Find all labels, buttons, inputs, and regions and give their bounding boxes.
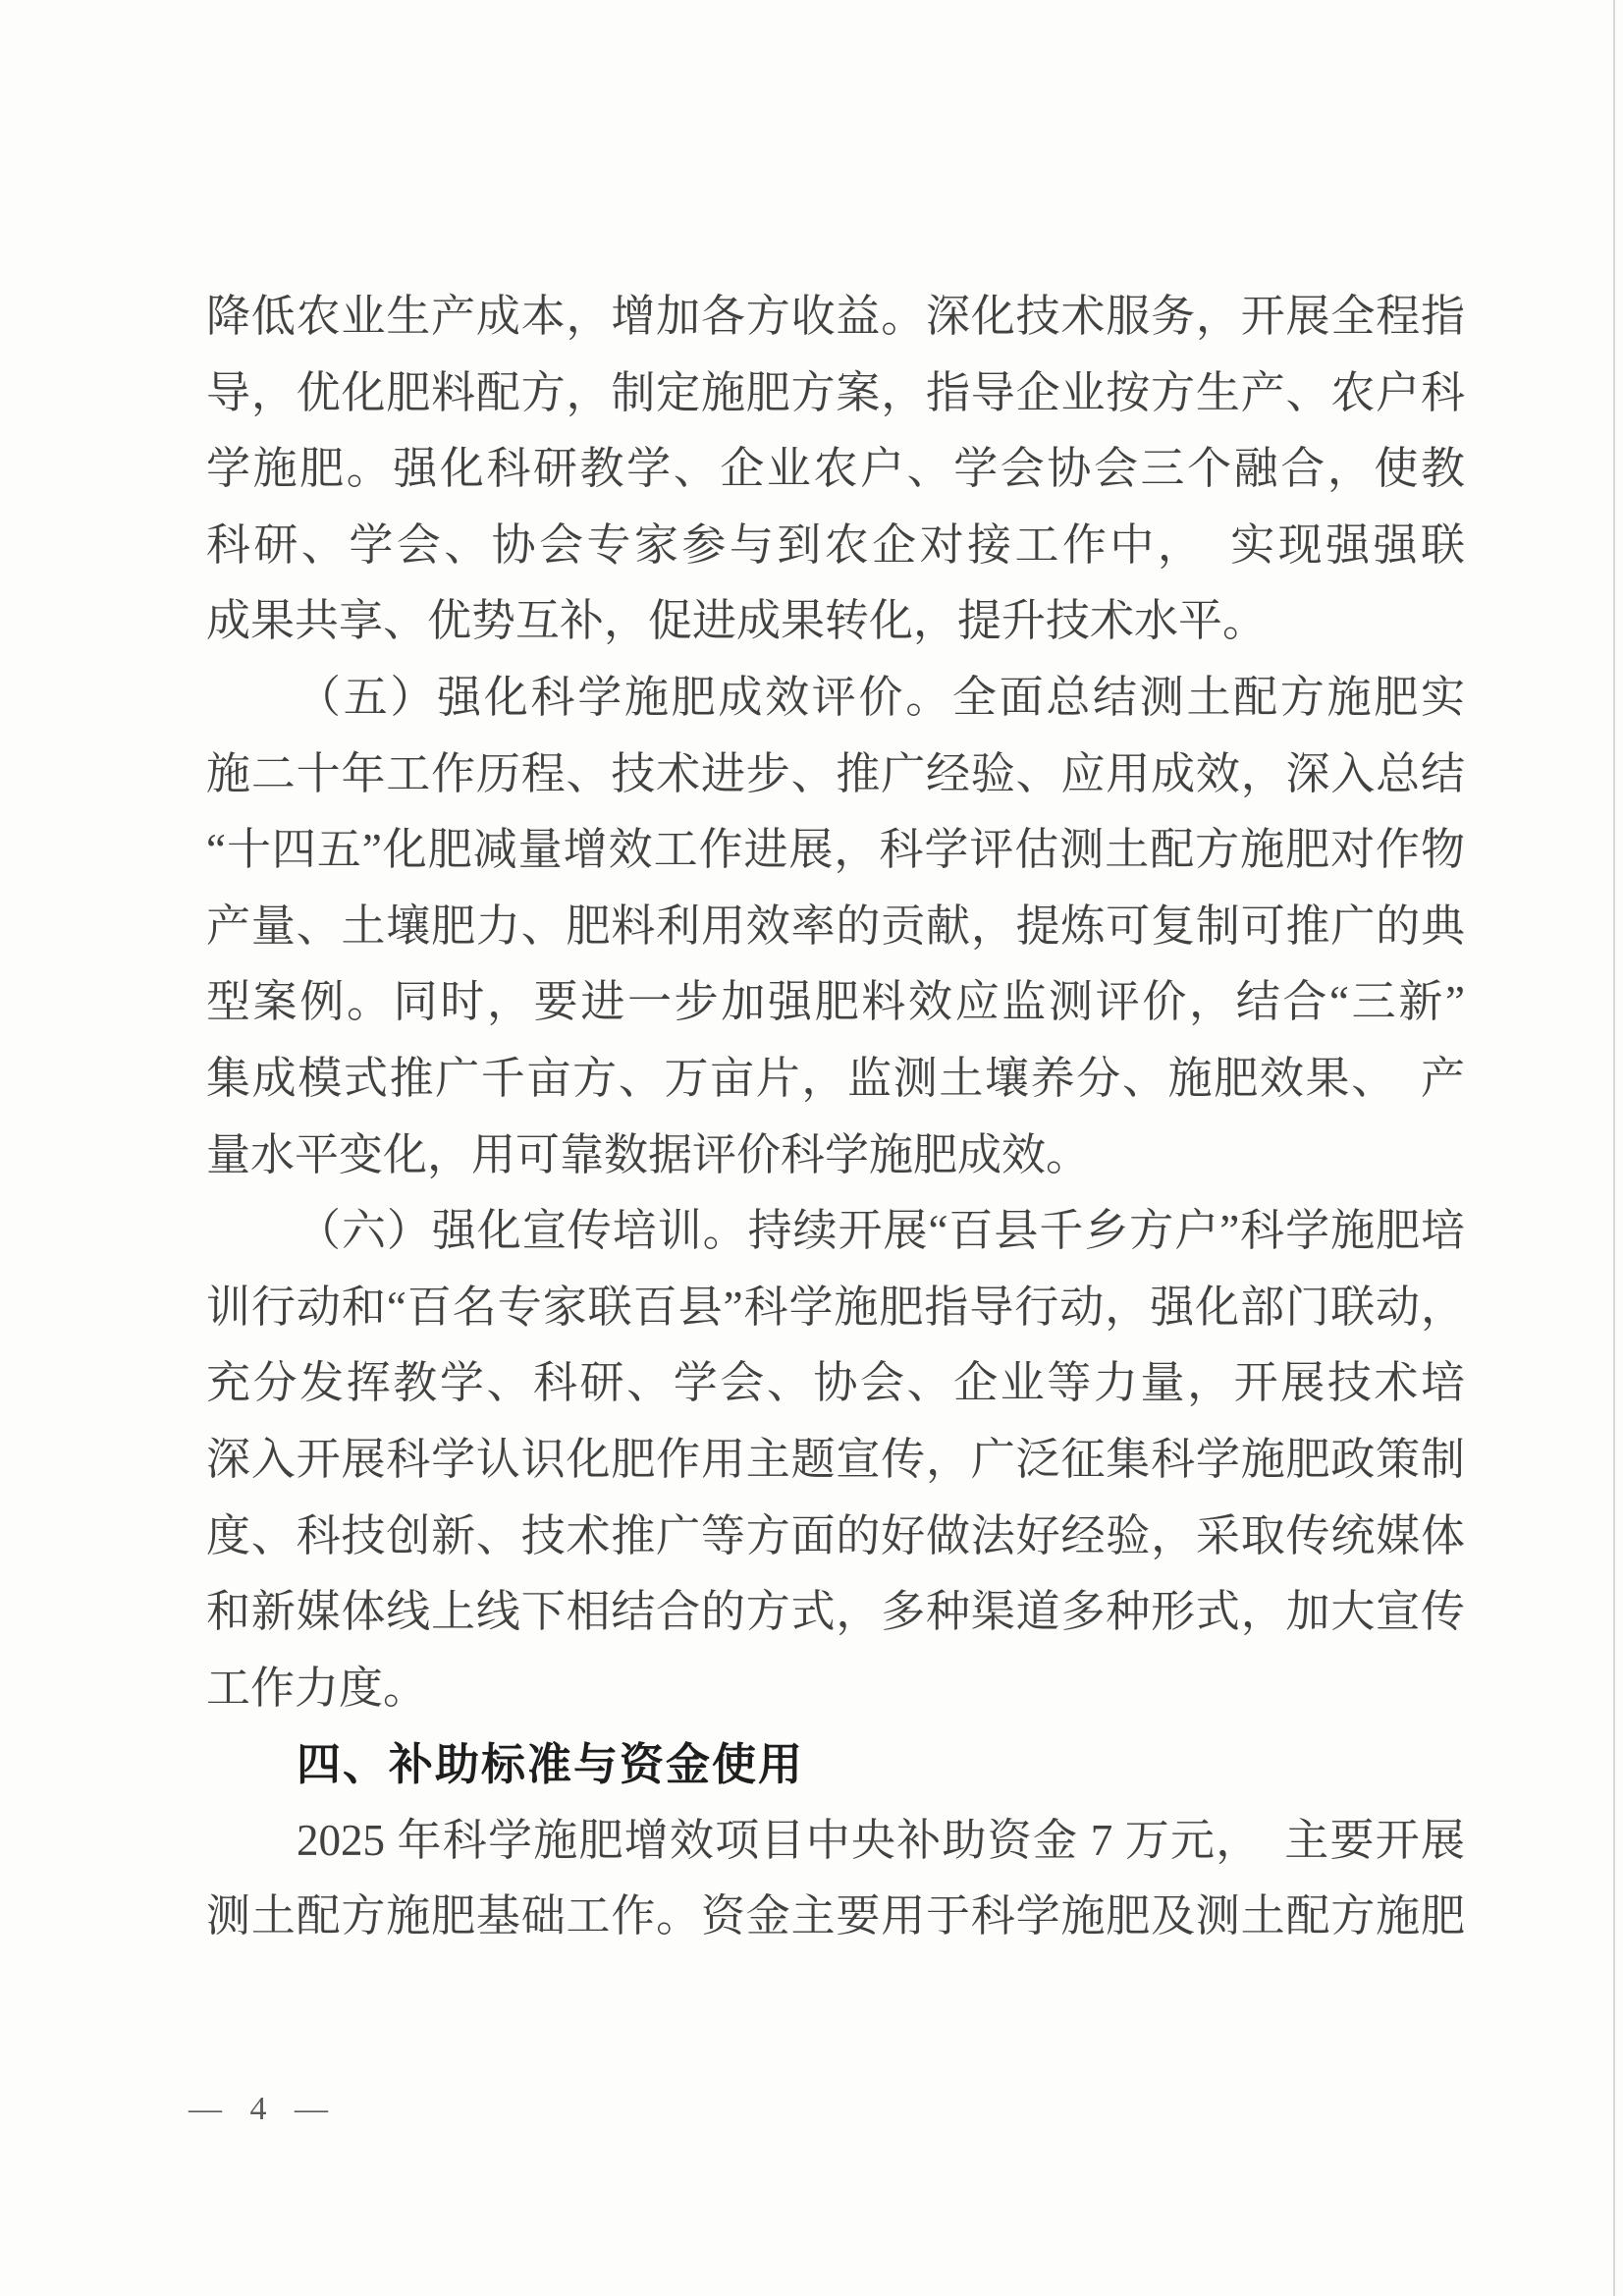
text-line: 深入开展科学认识化肥作用主题宣传，广泛征集科学施肥政策制	[206, 1422, 1465, 1499]
text-line: 量水平变化，用可靠数据评价科学施肥成效。	[206, 1118, 1465, 1194]
section-heading: 四、补助标准与资金使用	[206, 1726, 1465, 1803]
text-line: 学施肥。强化科研教学、企业农户、学会协会三个融合，使教学、	[206, 431, 1465, 508]
text-line: 2025 年科学施肥增效项目中央补助资金 7 万元， 主要开展	[206, 1803, 1465, 1880]
text-line: （六）强化宣传培训。持续开展“百县千乡方户”科学施肥培	[206, 1193, 1465, 1270]
text-line: 集成模式推广千亩方、万亩片，监测土壤养分、施肥效果、 产	[206, 1041, 1465, 1118]
text-line: 训行动和“百名专家联百县”科学施肥指导行动，强化部门联动，	[206, 1270, 1465, 1346]
text-line: 工作力度。	[206, 1651, 1465, 1727]
text-line: “十四五”化肥减量增效工作进展，科学评估测土配方施肥对作物	[206, 812, 1465, 889]
text-line: 成果共享、优势互补，促进成果转化，提升技术水平。	[206, 583, 1465, 660]
text-line: 度、科技创新、技术推广等方面的好做法好经验，采取传统媒体	[206, 1499, 1465, 1575]
text-line: 科研、学会、协会专家参与到农企对接工作中， 实现强强联合、	[206, 508, 1465, 584]
text-line: 施二十年工作历程、技术进步、推广经验、应用成效，深入总结	[206, 737, 1465, 813]
text-line: 型案例。同时，要进一步加强肥料效应监测评价，结合“三新”	[206, 964, 1465, 1041]
text-line: 产量、土壤肥力、肥料利用效率的贡献，提炼可复制可推广的典	[206, 889, 1465, 965]
text-line: （五）强化科学施肥成效评价。全面总结测土配方施肥实	[206, 660, 1465, 737]
text-line: 充分发挥教学、科研、学会、协会、企业等力量，开展技术培训；	[206, 1345, 1465, 1422]
document-body: 降低农业生产成本，增加各方收益。深化技术服务，开展全程指导，优化肥料配方，制定施…	[206, 279, 1465, 1955]
text-line: 导，优化肥料配方，制定施肥方案，指导企业按方生产、农户科	[206, 355, 1465, 432]
scan-edge-line	[1613, 0, 1615, 2296]
text-line: 降低农业生产成本，增加各方收益。深化技术服务，开展全程指	[206, 279, 1465, 355]
text-line: 和新媒体线上线下相结合的方式，多种渠道多种形式，加大宣传	[206, 1574, 1465, 1651]
document-page: 降低农业生产成本，增加各方收益。深化技术服务，开展全程指导，优化肥料配方，制定施…	[0, 0, 1623, 2296]
page-number: — 4 —	[189, 2088, 338, 2131]
text-line: 测土配方施肥基础工作。资金主要用于科学施肥及测土配方施肥	[206, 1879, 1465, 1955]
